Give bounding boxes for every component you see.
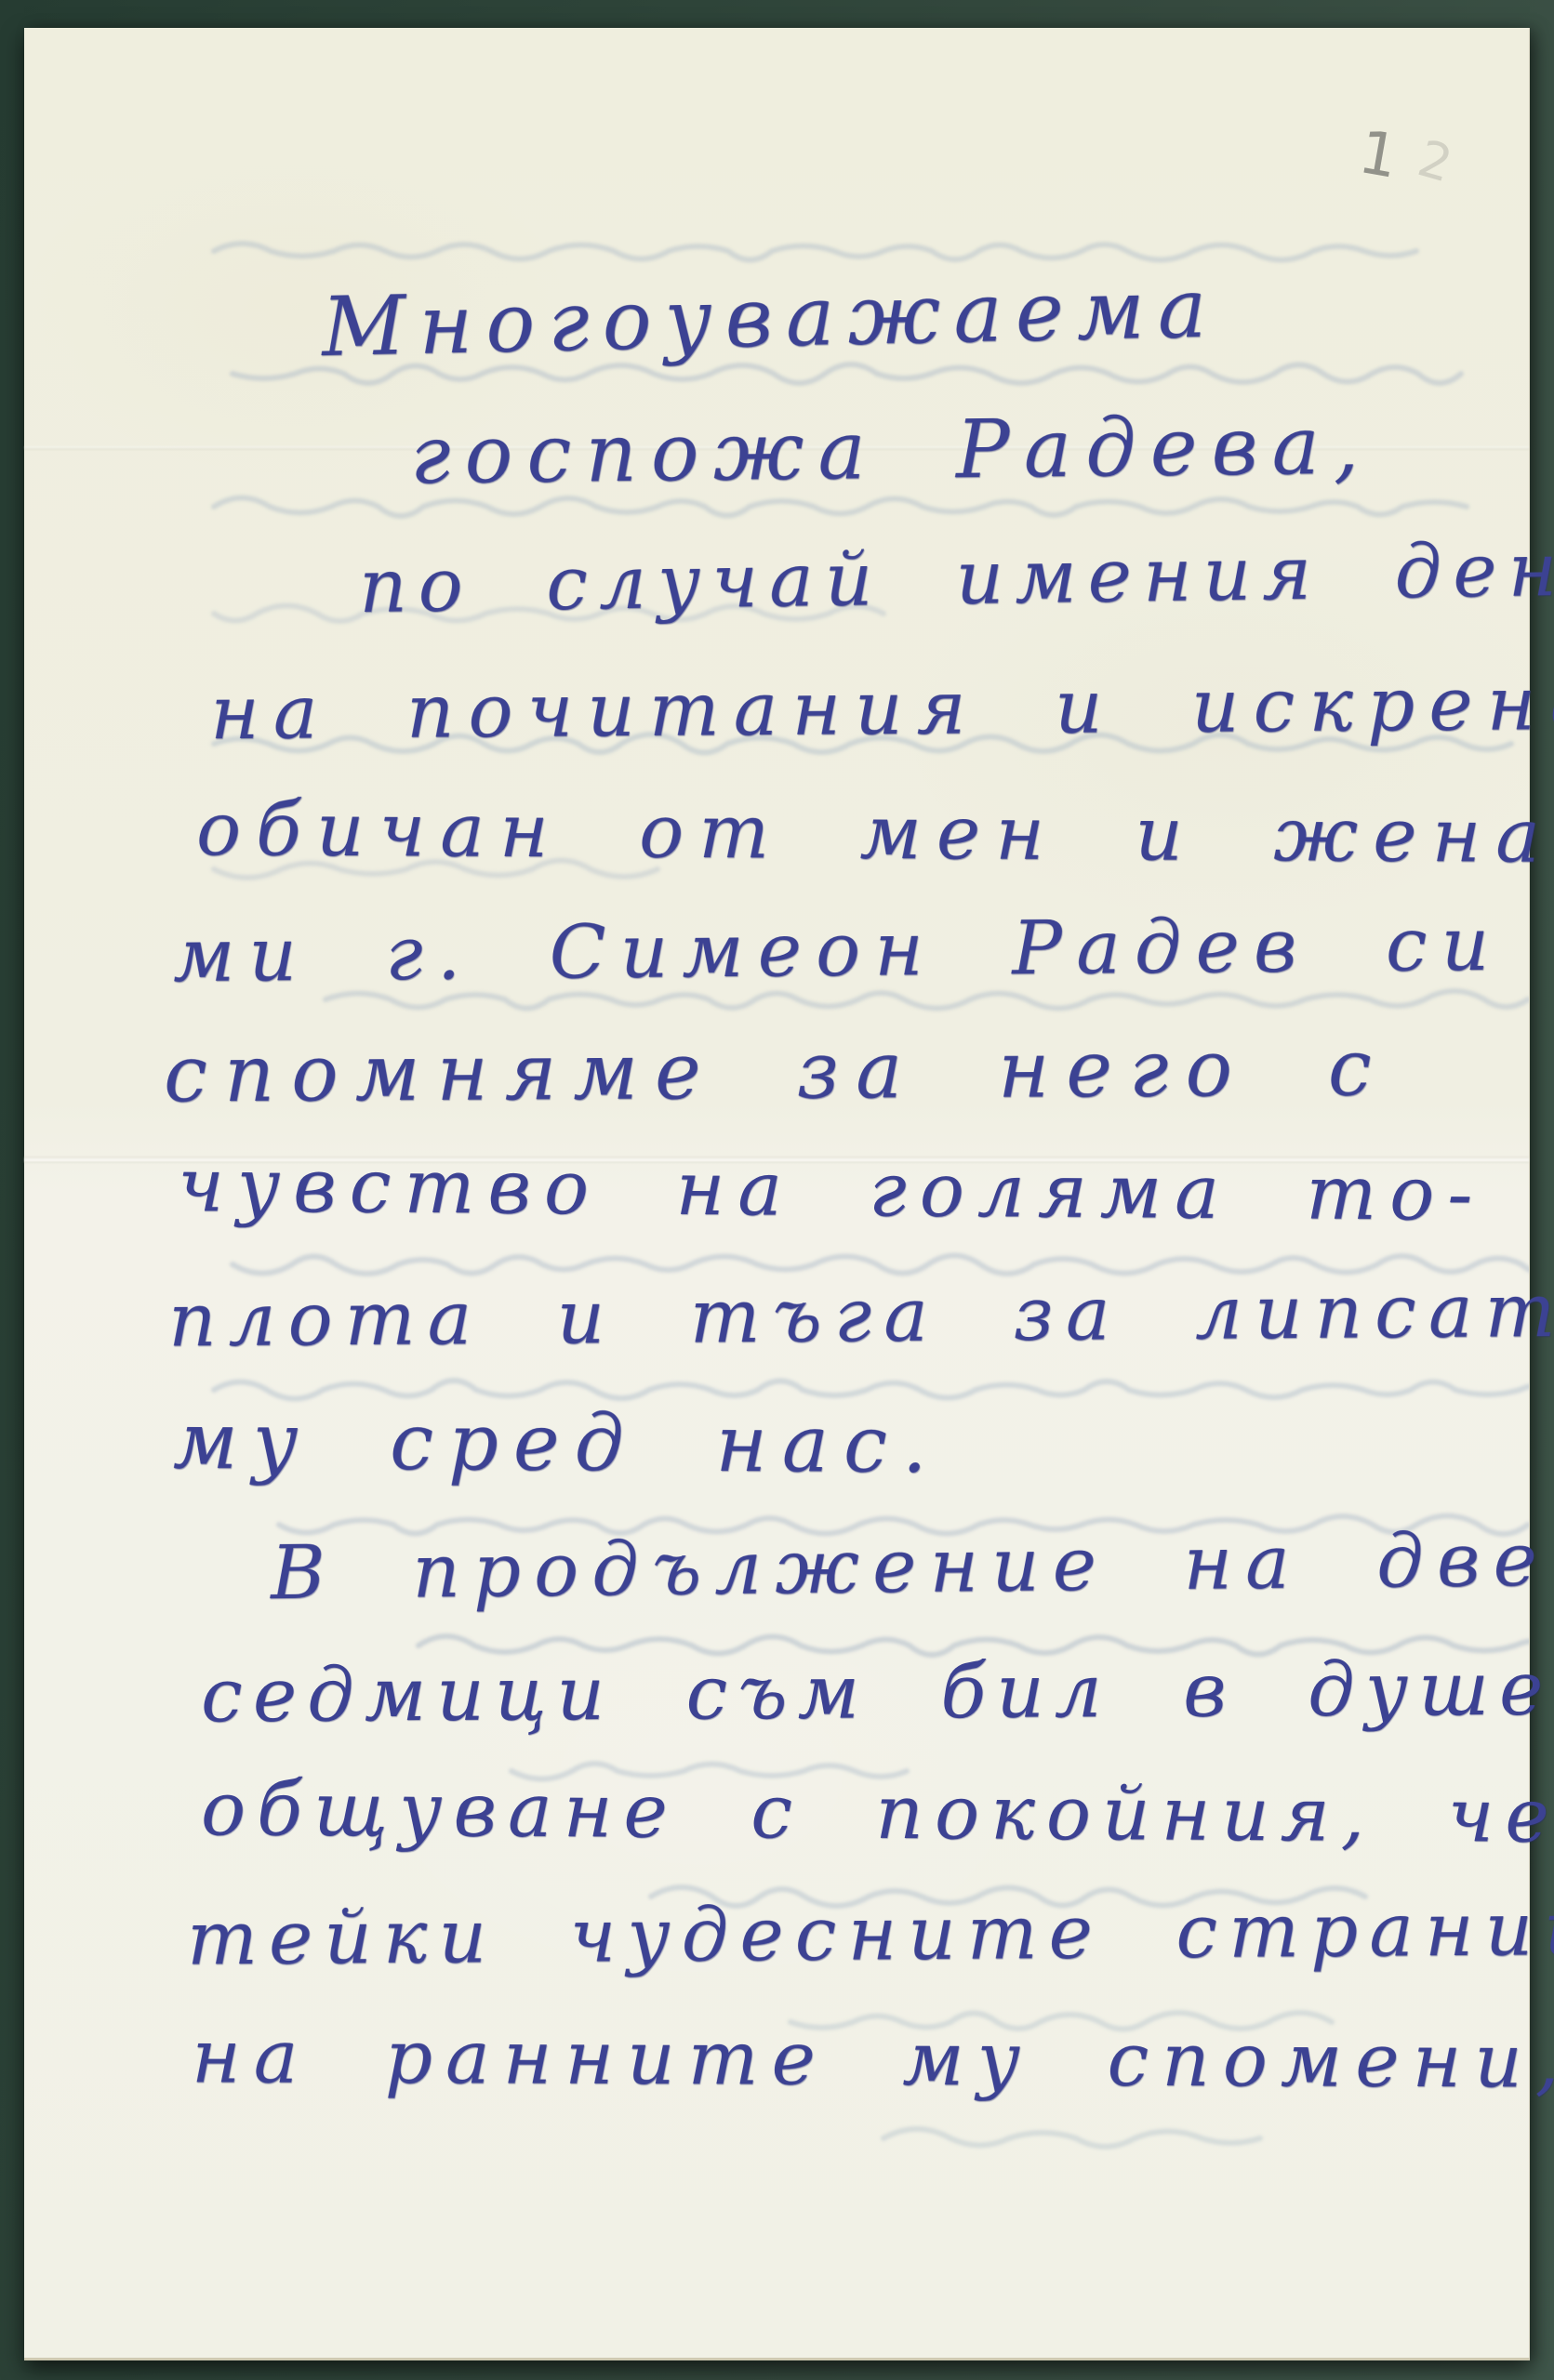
handwritten-line: общуване с покойния, че-	[201, 1772, 1554, 1854]
page-number-digit: 1	[1354, 118, 1403, 192]
handwritten-line: по случай имения ден	[359, 533, 1554, 624]
handwritten-line: спомняме за него с	[164, 1029, 1388, 1114]
letter-page: Многоуважаема госпожа Радева, по случай …	[24, 28, 1530, 2360]
page-number: 1 2	[1354, 113, 1503, 206]
handwritten-line: седмици съм бил в душевно	[201, 1651, 1554, 1734]
bleed-through-line	[214, 244, 1416, 260]
handwritten-line: на почитания и искрено	[210, 667, 1554, 750]
handwritten-line: на ранните му спомени,	[192, 2019, 1554, 2098]
handwritten-line: тейки чудесните страници	[187, 1891, 1554, 1976]
handwritten-line: В продължение на две	[271, 1523, 1551, 1610]
bleed-through-line	[214, 498, 1467, 517]
handwritten-line: обичан от мен и жена	[196, 792, 1554, 874]
handwritten-line: госпожа Радева,	[410, 406, 1374, 496]
scan-background: Многоуважаема госпожа Радева, по случай …	[0, 0, 1554, 2380]
handwritten-line: ми г. Симеон Радев си	[173, 907, 1504, 993]
handwritten-line: чувство на голяма то-	[178, 1148, 1486, 1232]
handwritten-line: му сред нас.	[173, 1402, 942, 1484]
handwritten-line: Многоуважаема	[321, 268, 1220, 368]
bleed-through-line	[883, 2129, 1260, 2147]
page-number-digit: 2	[1412, 128, 1458, 193]
handwritten-line: плота и тъга за липсата	[168, 1274, 1554, 1358]
